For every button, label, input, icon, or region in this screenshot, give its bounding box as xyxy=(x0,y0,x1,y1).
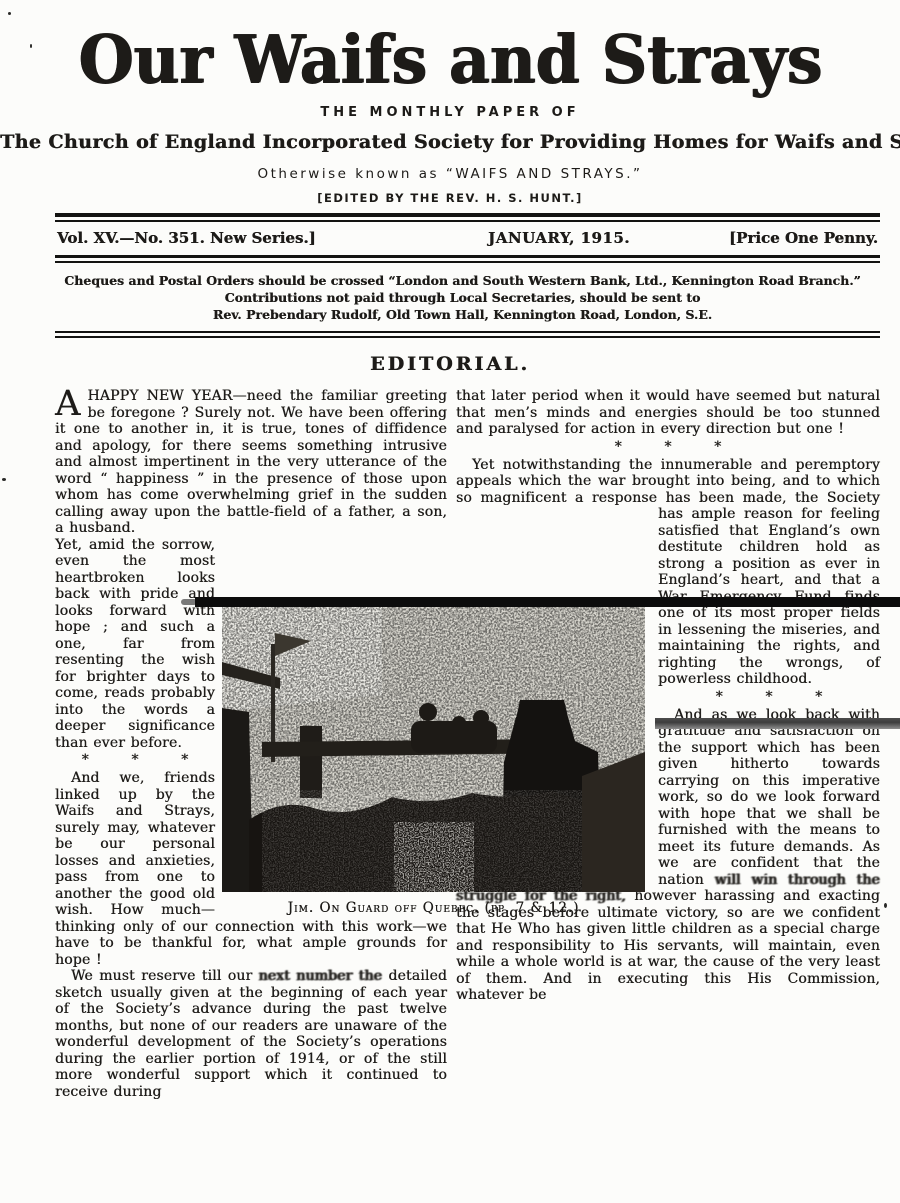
scanned-page: Our Waifs and Strays THE MONTHLY PAPER O… xyxy=(0,0,900,1203)
photo-caption: Jim. On Guard off Quebec. (pp. 7 & 12.) xyxy=(222,900,645,916)
paragraph-text: We must reserve till our xyxy=(71,968,259,984)
masthead-subtitle: THE MONTHLY PAPER OF xyxy=(0,105,900,120)
paragraph-text: HAPPY NEW YEAR—need the familiar greetin… xyxy=(55,388,447,536)
scan-speck xyxy=(2,478,6,481)
paragraph-text: Yet, amid the sorrow, even the most hear… xyxy=(55,537,215,751)
editorial-heading: EDITORIAL. xyxy=(0,353,900,375)
issue-date: JANUARY, 1915. xyxy=(488,229,630,247)
scan-speck xyxy=(8,12,11,15)
drop-cap: A xyxy=(55,388,87,419)
paragraph-text: that later period when it would have see… xyxy=(456,388,880,437)
paragraph-text: detailed sketch usually given at the beg… xyxy=(55,968,447,1100)
editorial-paragraph: that later period when it would have see… xyxy=(456,388,880,438)
bank-notice-line-1: Cheques and Postal Orders should be cros… xyxy=(55,272,870,289)
ship-deck-photo-illustration xyxy=(222,600,645,892)
issue-bar: Vol. XV.—No. 351. New Series.] JANUARY, … xyxy=(55,229,880,249)
double-rule-top xyxy=(55,213,880,222)
scan-artifact-black-bar xyxy=(195,597,900,607)
volume-number: Vol. XV.—No. 351. New Series.] xyxy=(57,229,316,247)
issue-price: [Price One Penny. xyxy=(729,229,878,247)
bank-notice: Cheques and Postal Orders should be cros… xyxy=(55,272,870,323)
double-rule-middle xyxy=(55,255,880,263)
masthead-title: Our Waifs and Strays xyxy=(0,24,900,94)
section-separator: * * * xyxy=(456,438,880,457)
masthead: Our Waifs and Strays THE MONTHLY PAPER O… xyxy=(0,0,900,205)
double-rule-bottom xyxy=(55,331,880,338)
editorial-paragraph: AHAPPY NEW YEAR—need the familiar greeti… xyxy=(55,388,447,537)
editorial-paragraph: We must reserve till our next number the… xyxy=(55,968,447,1100)
alias-line: Otherwise known as “WAIFS AND STRAYS.” xyxy=(0,166,900,182)
scan-speck xyxy=(884,903,887,908)
scan-artifact-gray-bar xyxy=(655,718,900,729)
paragraph-text: And as we look back with gratitude and s… xyxy=(658,707,880,888)
bank-notice-line-2: Contributions not paid through Local Sec… xyxy=(55,289,870,306)
editor-line: [EDITED BY THE REV. H. S. HUNT.] xyxy=(0,191,900,205)
photograph-jim-on-guard: Jim. On Guard off Quebec. (pp. 7 & 12.) xyxy=(222,600,645,916)
scan-speck xyxy=(30,44,32,48)
society-name-line: The Church of England Incorporated Socie… xyxy=(0,131,900,153)
bank-notice-line-3: Rev. Prebendary Rudolf, Old Town Hall, K… xyxy=(55,306,870,323)
smudged-print-text: next number the xyxy=(259,968,383,984)
